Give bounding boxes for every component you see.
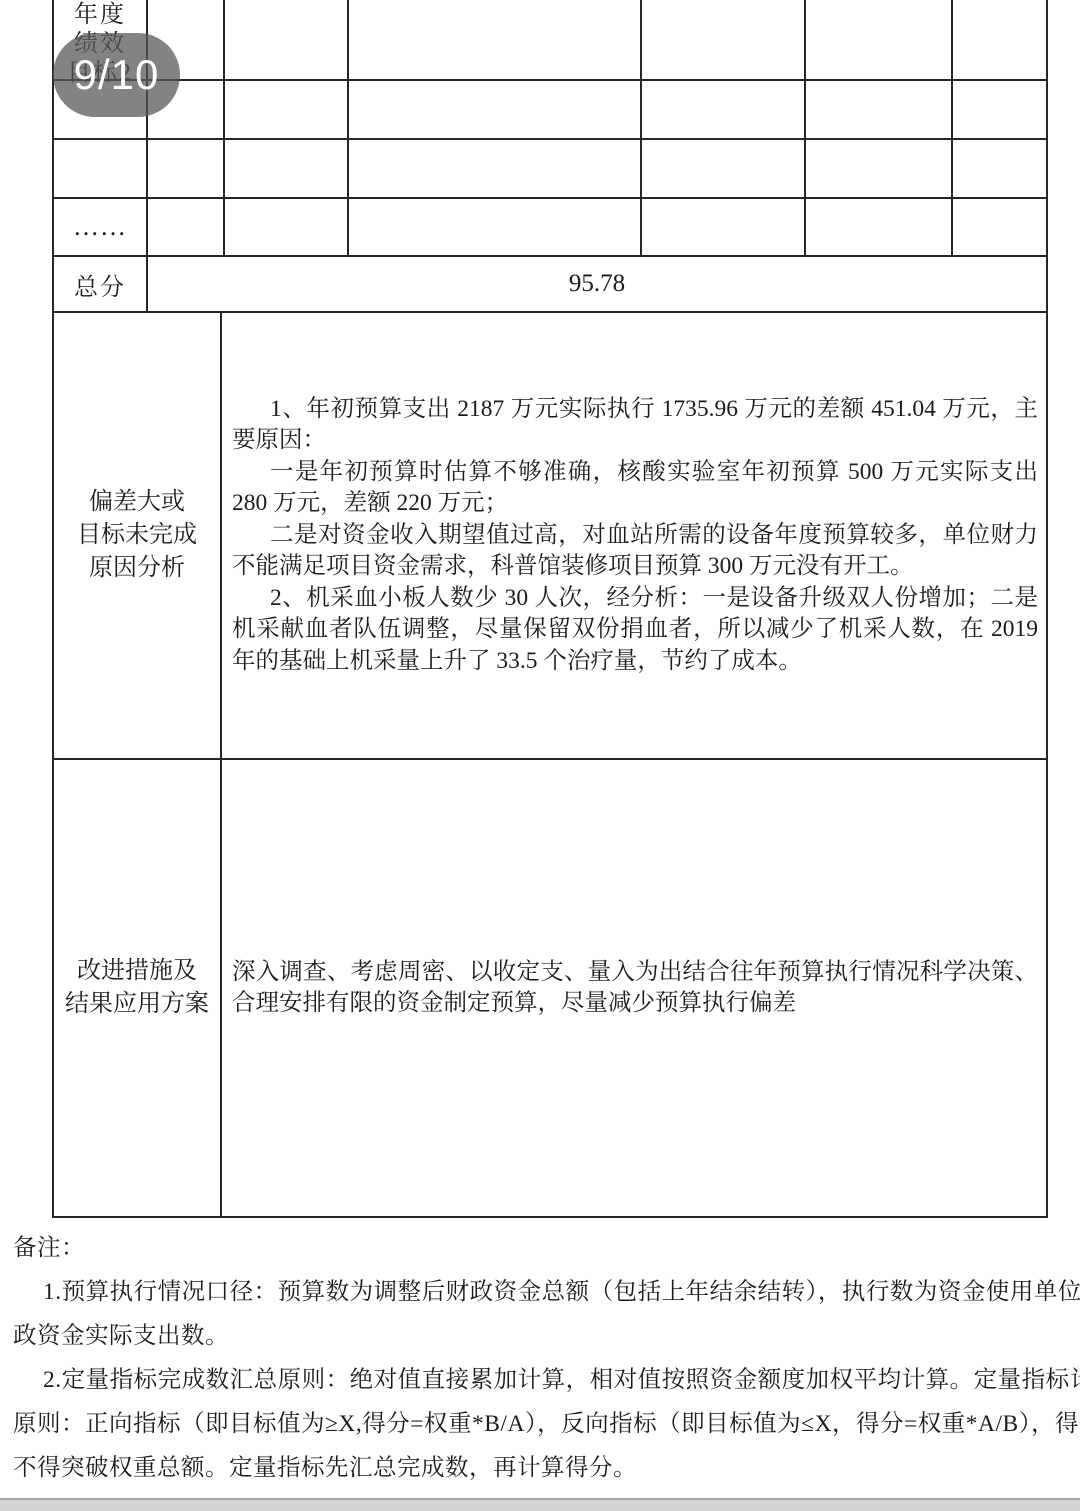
total-score-label: 总分 [54, 257, 148, 311]
note-line: 原则：正向指标（即目标值为≥X,得分=权重*B/A），反向指标（即目标值为≤X，… [13, 1402, 1080, 1446]
total-score-text: 95.78 [569, 270, 625, 298]
improvement-paragraph-1: 深入调查、考虑周密、以收定支、量入为出结合往年预算执行情况科学决策、合理安排有限… [232, 957, 1038, 1020]
ellipsis-text: …… [73, 212, 127, 242]
deviation-label-line-2: 目标未完成 [77, 519, 197, 552]
empty-cell [953, 0, 1048, 79]
performance-table: 年度 绩效 目标2 …… [52, 0, 1048, 1218]
table-row [52, 140, 1048, 199]
total-score-row: 总分 95.78 [52, 257, 1048, 313]
page-indicator-text: 9/10 [74, 51, 160, 99]
deviation-analysis-label: 偏差大或 目标未完成 原因分析 [54, 313, 222, 758]
empty-cell [642, 0, 806, 79]
empty-cell [225, 81, 349, 138]
annual-target-line-1: 年度 [54, 1, 146, 30]
page-indicator-badge: 9/10 [53, 33, 180, 117]
deviation-label-line-1: 偏差大或 [89, 486, 185, 519]
notes-heading: 备注： [13, 1226, 1080, 1270]
empty-cell [148, 199, 225, 255]
empty-cell [806, 0, 953, 79]
empty-cell [806, 199, 953, 255]
deviation-paragraph-1: 1、年初预算支出 2187 万元实际执行 1735.96 万元的差额 451.0… [232, 394, 1038, 457]
note-line: 2.定量指标完成数汇总原则：绝对值直接累加计算，相对值按照资金额度加权平均计算。… [13, 1358, 1080, 1402]
empty-cell [349, 81, 642, 138]
ellipsis-cell: …… [54, 199, 148, 255]
deviation-paragraph-4: 2、机采血小板人数少 30 人次，经分析：一是设备升级双人份增加；二是机采献血者… [232, 583, 1038, 678]
empty-cell [349, 0, 642, 79]
improvement-label-line-1: 改进措施及 [77, 955, 197, 988]
total-score-value: 95.78 [148, 257, 1048, 311]
deviation-paragraph-3: 二是对资金收入期望值过高，对血站所需的设备年度预算较多，单位财力不能满足项目资金… [232, 520, 1038, 583]
empty-cell [349, 140, 642, 197]
empty-cell [806, 140, 953, 197]
empty-cell [225, 140, 349, 197]
empty-cell [54, 140, 148, 197]
note-line: 1.预算执行情况口径：预算数为调整后财政资金总额（包括上年结余结转），执行数为资… [13, 1270, 1080, 1314]
improvement-measures-content: 深入调查、考虑周密、以收定支、量入为出结合往年预算执行情况科学决策、合理安排有限… [222, 760, 1048, 1216]
empty-cell [148, 140, 225, 197]
empty-cell [225, 0, 349, 79]
deviation-paragraph-2: 一是年初预算时估算不够准确，核酸实验室年初预算 500 万元实际支出 280 万… [232, 457, 1038, 520]
notes-section: 备注： 1.预算执行情况口径：预算数为调整后财政资金总额（包括上年结余结转），执… [13, 1226, 1080, 1490]
deviation-analysis-content: 1、年初预算支出 2187 万元实际执行 1735.96 万元的差额 451.0… [222, 313, 1048, 758]
table-row [52, 81, 1048, 140]
note-line: 不得突破权重总额。定量指标先汇总完成数，再计算得分。 [13, 1446, 1080, 1490]
empty-cell [953, 81, 1048, 138]
empty-cell [642, 140, 806, 197]
deviation-label-line-3: 原因分析 [89, 552, 185, 585]
note-line: 政资金实际支出数。 [13, 1314, 1080, 1358]
empty-cell [225, 199, 349, 255]
empty-cell [642, 199, 806, 255]
table-row: 年度 绩效 目标2 [52, 0, 1048, 81]
empty-cell [953, 140, 1048, 197]
empty-cell [806, 81, 953, 138]
total-label-text: 总分 [74, 267, 126, 302]
deviation-analysis-row: 偏差大或 目标未完成 原因分析 1、年初预算支出 2187 万元实际执行 173… [52, 313, 1048, 760]
table-row: …… [52, 199, 1048, 257]
page-gap-bar [0, 1498, 1080, 1511]
empty-cell [349, 199, 642, 255]
empty-cell [642, 81, 806, 138]
improvement-measures-label: 改进措施及 结果应用方案 [54, 760, 222, 1216]
improvement-measures-row: 改进措施及 结果应用方案 深入调查、考虑周密、以收定支、量入为出结合往年预算执行… [52, 760, 1048, 1218]
improvement-label-line-2: 结果应用方案 [65, 988, 209, 1021]
empty-cell [953, 199, 1048, 255]
